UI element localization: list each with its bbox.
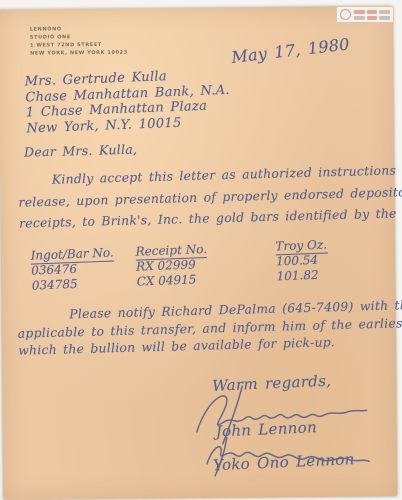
watermark-text-rows — [354, 10, 390, 20]
letterhead-block: LENNONO STUDIO ONE 1 WEST 72ND STREET NE… — [30, 25, 128, 58]
gold-bar-table: Ingot/Bar No. Receipt No. Troy Oz. 03647… — [30, 235, 388, 292]
letter-paper: LENNONO STUDIO ONE 1 WEST 72ND STREET NE… — [0, 6, 397, 500]
table-cell-ingot-2: 034785 — [32, 275, 137, 293]
salutation: Dear Mrs. Kulla, — [24, 142, 138, 160]
auction-watermark-stamp — [336, 6, 394, 23]
table-cell-troy-2: 101.82 — [276, 265, 388, 283]
letterhead-city: NEW YORK, NEW YORK 10023 — [30, 49, 128, 58]
letter-photo: LENNONO STUDIO ONE 1 WEST 72ND STREET NE… — [0, 0, 402, 500]
watermark-logo-icon — [340, 9, 351, 20]
body-paragraph-1: Kindly accept this letter as authorized … — [18, 159, 402, 236]
recipient-block: Mrs. Gertrude Kulla Chase Manhattan Bank… — [24, 67, 231, 137]
body-paragraph-2: Please notify Richard DePalma (645-7409)… — [17, 295, 402, 360]
date-line: May 17, 1980 — [230, 34, 350, 66]
